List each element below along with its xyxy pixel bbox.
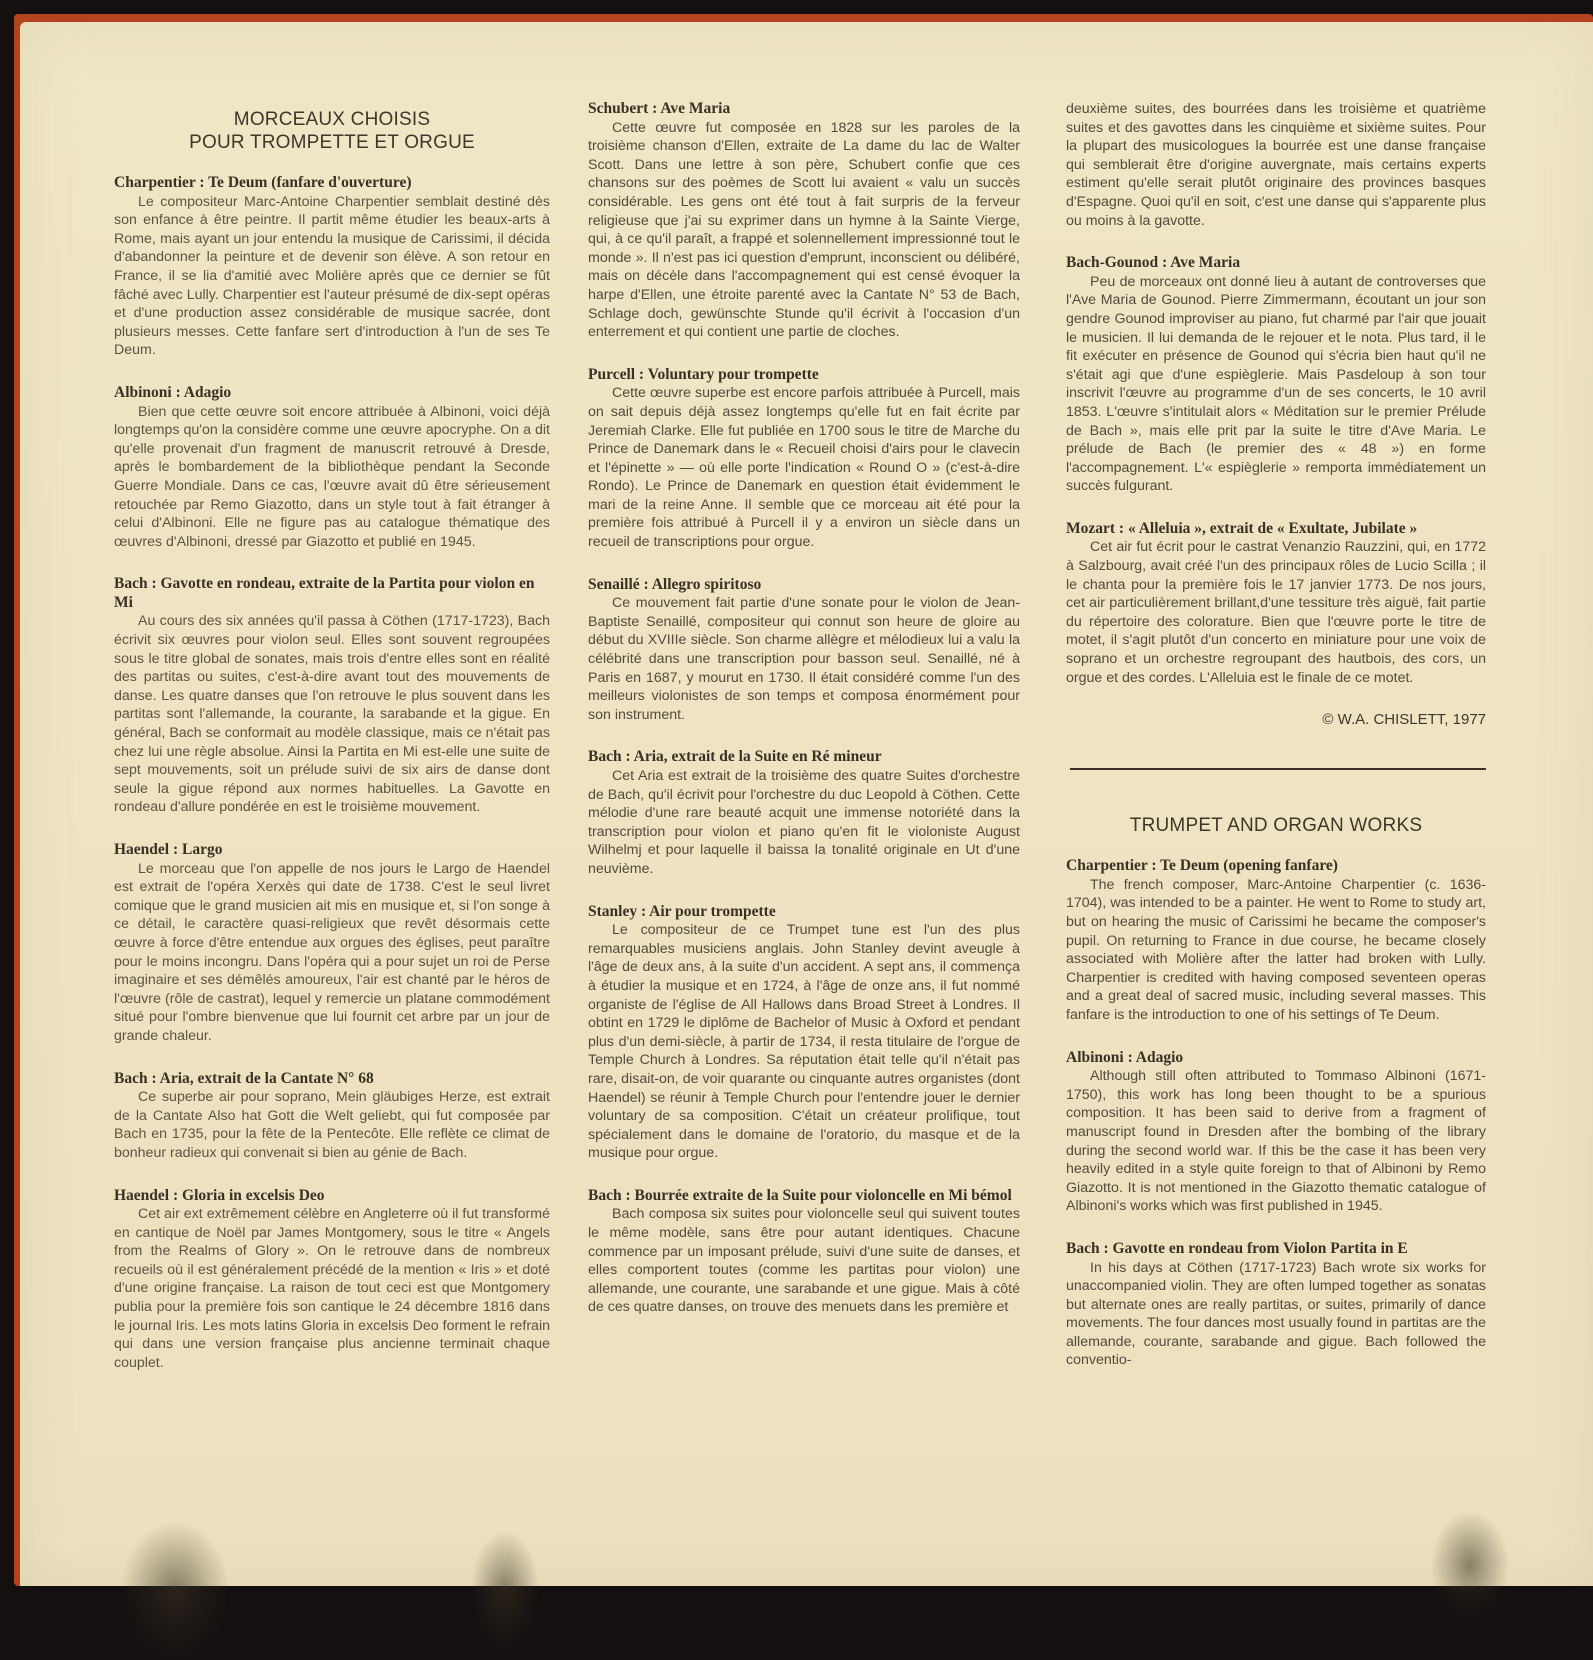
piece-body: Ce mouvement fait partie d'une sonate po… <box>588 594 1020 724</box>
piece-body: Cette œuvre fut composée en 1828 sur les… <box>588 119 1020 342</box>
french-title: MORCEAUX CHOISIS POUR TROMPETTE ET ORGUE <box>114 108 550 154</box>
piece-heading: Charpentier : Te Deum (fanfare d'ouvertu… <box>114 174 550 193</box>
piece-mozart-fr: Mozart : « Alleluia », extrait de « Exul… <box>1066 520 1486 687</box>
piece-heading: Stanley : Air pour trompette <box>588 903 1020 922</box>
piece-body: Au cours des six années qu'il passa à Cö… <box>114 612 550 817</box>
piece-body: Cette œuvre superbe est encore parfois a… <box>588 384 1020 551</box>
piece-body: Bien que cette œuvre soit encore attribu… <box>114 403 550 552</box>
french-title-line-1: MORCEAUX CHOISIS <box>234 109 430 130</box>
piece-heading: Bach : Aria, extrait de la Cantate N° 68 <box>114 1070 550 1089</box>
piece-bach-bourree-fr: Bach : Bourrée extraite de la Suite pour… <box>588 1187 1020 1317</box>
piece-body: Bach composa six suites pour violoncelle… <box>588 1205 1020 1317</box>
piece-body: Cet air fut écrit pour le castrat Venanz… <box>1066 538 1486 687</box>
piece-heading: Haendel : Gloria in excelsis Deo <box>114 1187 550 1206</box>
piece-heading: Albinoni : Adagio <box>114 384 550 403</box>
piece-body: Le compositeur de ce Trumpet tune est l'… <box>588 921 1020 1163</box>
piece-bach-cantate-fr: Bach : Aria, extrait de la Cantate N° 68… <box>114 1070 550 1163</box>
piece-schubert-fr: Schubert : Ave Maria Cette œuvre fut com… <box>588 100 1020 342</box>
column-3: deuxième suites, des bourrées dans les t… <box>1066 100 1486 1394</box>
piece-heading: Purcell : Voluntary pour trompette <box>588 366 1020 385</box>
piece-bach-gounod-fr: Bach-Gounod : Ave Maria Peu de morceaux … <box>1066 254 1486 496</box>
piece-stanley-fr: Stanley : Air pour trompette Le composit… <box>588 903 1020 1163</box>
piece-body: Le compositeur Marc-Antoine Charpentier … <box>114 193 550 360</box>
piece-heading: Senaillé : Allegro spiritoso <box>588 576 1020 595</box>
piece-heading: Haendel : Largo <box>114 841 550 860</box>
piece-senaille-fr: Senaillé : Allegro spiritoso Ce mouvemen… <box>588 576 1020 725</box>
piece-charpentier-en: Charpentier : Te Deum (opening fanfare) … <box>1066 857 1486 1024</box>
piece-heading: Bach : Gavotte en rondeau, extraite de l… <box>114 575 550 612</box>
french-title-line-2: POUR TROMPETTE ET ORGUE <box>189 132 475 153</box>
piece-bach-bourree-fr-continued: deuxième suites, des bourrées dans les t… <box>1066 100 1486 230</box>
piece-body: deuxième suites, des bourrées dans les t… <box>1066 100 1486 230</box>
piece-heading: Bach : Gavotte en rondeau from Violon Pa… <box>1066 1240 1486 1259</box>
piece-albinoni-fr: Albinoni : Adagio Bien que cette œuvre s… <box>114 384 550 551</box>
column-2: Schubert : Ave Maria Cette œuvre fut com… <box>588 100 1020 1341</box>
piece-body: Although still often attributed to Tomma… <box>1066 1067 1486 1216</box>
piece-heading: Albinoni : Adagio <box>1066 1049 1486 1068</box>
section-divider <box>1070 768 1486 770</box>
piece-bach-suite-fr: Bach : Aria, extrait de la Suite en Ré m… <box>588 748 1020 878</box>
piece-purcell-fr: Purcell : Voluntary pour trompette Cette… <box>588 366 1020 552</box>
copyright-notice: © W.A. CHISLETT, 1977 <box>1066 711 1486 728</box>
piece-body: Cet air ext extrêmement célèbre en Angle… <box>114 1205 550 1372</box>
piece-heading: Mozart : « Alleluia », extrait de « Exul… <box>1066 520 1486 539</box>
piece-charpentier-fr: Charpentier : Te Deum (fanfare d'ouvertu… <box>114 174 550 360</box>
piece-heading: Schubert : Ave Maria <box>588 100 1020 119</box>
piece-body: Cet Aria est extrait de la troisième des… <box>588 767 1020 879</box>
piece-albinoni-en: Albinoni : Adagio Although still often a… <box>1066 1049 1486 1216</box>
piece-heading: Bach : Bourrée extraite de la Suite pour… <box>588 1187 1020 1206</box>
piece-haendel-gloria-fr: Haendel : Gloria in excelsis Deo Cet air… <box>114 1187 550 1373</box>
piece-body: Peu de morceaux ont donné lieu à autant … <box>1066 273 1486 496</box>
column-1: MORCEAUX CHOISIS POUR TROMPETTE ET ORGUE… <box>114 100 550 1396</box>
piece-heading: Bach : Aria, extrait de la Suite en Ré m… <box>588 748 1020 767</box>
piece-body: The french composer, Marc-Antoine Charpe… <box>1066 876 1486 1025</box>
piece-heading: Bach-Gounod : Ave Maria <box>1066 254 1486 273</box>
piece-heading: Charpentier : Te Deum (opening fanfare) <box>1066 857 1486 876</box>
piece-haendel-largo-fr: Haendel : Largo Le morceau que l'on appe… <box>114 841 550 1046</box>
piece-body: Ce superbe air pour soprano, Mein gläubi… <box>114 1088 550 1162</box>
piece-body: Le morceau que l'on appelle de nos jours… <box>114 860 550 1046</box>
piece-bach-gavotte-fr: Bach : Gavotte en rondeau, extraite de l… <box>114 575 550 817</box>
piece-bach-gavotte-en: Bach : Gavotte en rondeau from Violon Pa… <box>1066 1240 1486 1370</box>
english-title: TRUMPET AND ORGAN WORKS <box>1066 814 1486 837</box>
piece-body: In his days at Cöthen (1717-1723) Bach w… <box>1066 1259 1486 1371</box>
